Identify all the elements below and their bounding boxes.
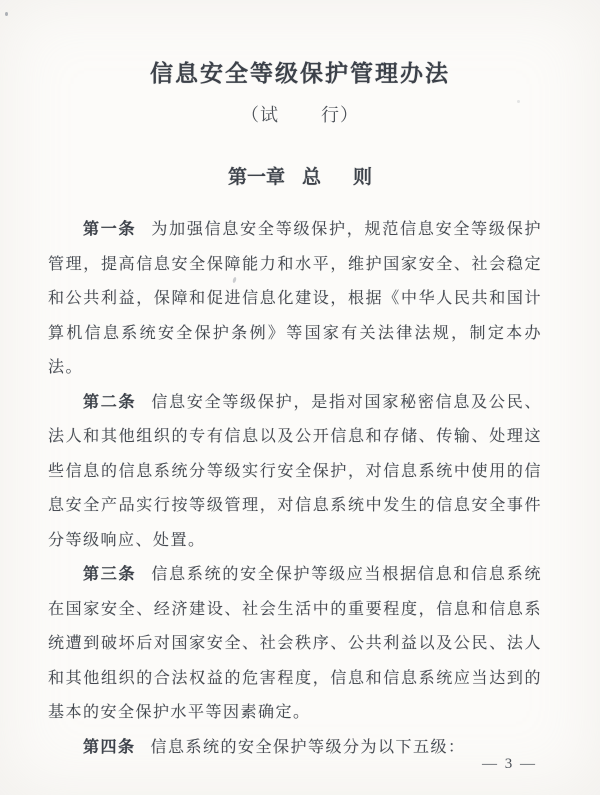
article-3-text: 信息系统的安全保护等级应当根据信息和信息系统在国家安全、经济建设、社会生活中的重… bbox=[48, 566, 542, 721]
document-body: 第一条为加强信息安全等级保护，规范信息安全等级保护管理，提高信息安全保障能力和水… bbox=[48, 213, 542, 765]
page-number: — 3 — bbox=[482, 756, 537, 773]
article-1-text: 为加强信息安全等级保护，规范信息安全等级保护管理，提高信息安全保障能力和水平，维… bbox=[48, 221, 542, 376]
scan-speck bbox=[517, 100, 520, 103]
document-subtitle: （试 行） bbox=[0, 101, 600, 127]
article-1: 第一条为加强信息安全等级保护，规范信息安全等级保护管理，提高信息安全保障能力和水… bbox=[48, 213, 542, 386]
scan-speck bbox=[5, 12, 8, 16]
article-3: 第三条信息系统的安全保护等级应当根据信息和信息系统在国家安全、经济建设、社会生活… bbox=[48, 558, 542, 731]
article-2-label: 第二条 bbox=[83, 394, 136, 411]
article-1-label: 第一条 bbox=[83, 221, 136, 238]
article-2: 第二条信息安全等级保护，是指对国家秘密信息及公民、法人和其他组织的专有信息以及公… bbox=[48, 386, 542, 559]
scanned-document-page: 信息安全等级保护管理办法 （试 行） 第一章 总 则 第一条为加强信息安全等级保… bbox=[0, 0, 600, 795]
scan-speck bbox=[120, 746, 122, 748]
chapter-heading: 第一章 总 则 bbox=[0, 162, 600, 189]
article-4-text: 信息系统的安全保护等级分为以下五级： bbox=[151, 739, 466, 756]
article-2-text: 信息安全等级保护，是指对国家秘密信息及公民、法人和其他组织的专有信息以及公开信息… bbox=[48, 394, 542, 549]
article-4-label: 第四条 bbox=[83, 739, 136, 756]
document-title: 信息安全等级保护管理办法 bbox=[0, 55, 600, 88]
chapter-title-part2: 则 bbox=[353, 162, 372, 189]
subtitle-right: 行） bbox=[321, 101, 359, 127]
subtitle-left: （试 bbox=[241, 101, 279, 127]
chapter-number: 第一章 bbox=[228, 162, 285, 189]
article-3-label: 第三条 bbox=[83, 566, 136, 583]
article-4: 第四条信息系统的安全保护等级分为以下五级： bbox=[48, 731, 542, 766]
chapter-title-part1: 总 bbox=[302, 162, 321, 189]
